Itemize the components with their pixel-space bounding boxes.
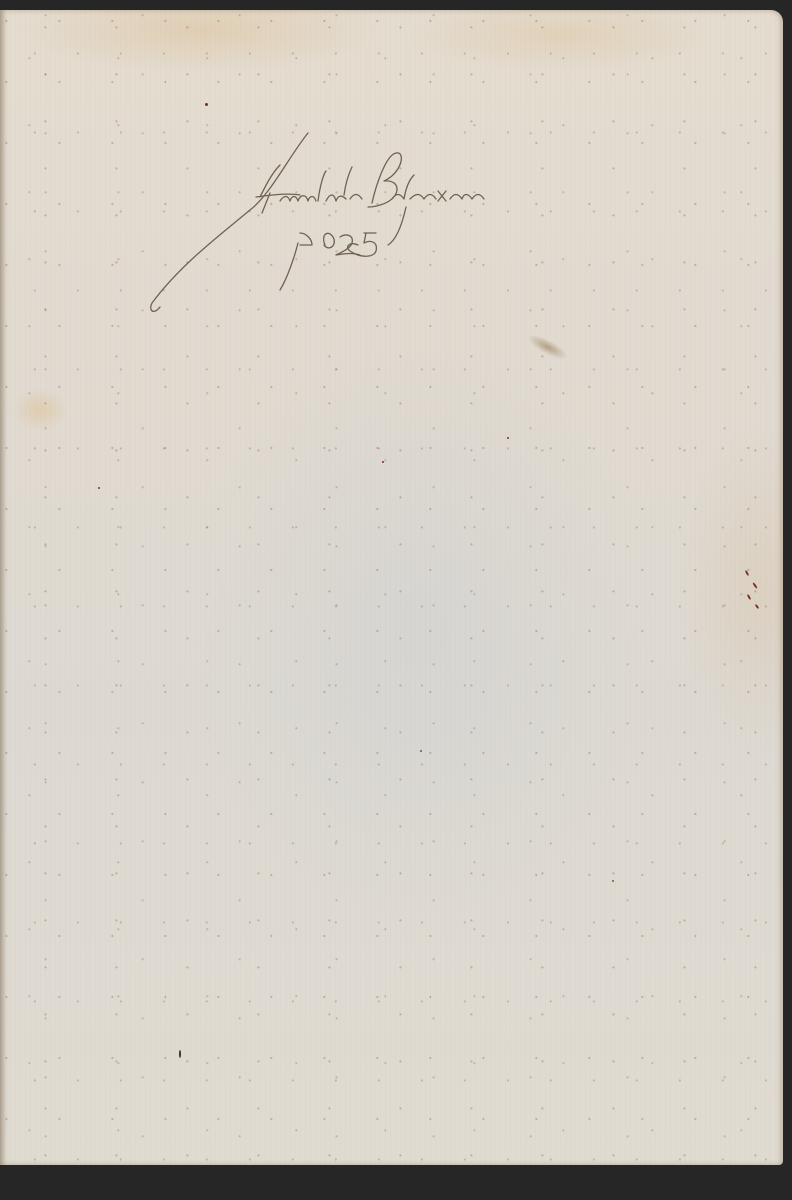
red-fleck — [745, 570, 750, 576]
signature-strokes-icon — [140, 115, 500, 325]
ink-speck — [612, 880, 614, 882]
ink-speck — [382, 461, 384, 463]
red-fleck — [752, 582, 758, 589]
inscription-name: Arnaldo Borsello — [258, 171, 462, 199]
binding-edge-shadow — [0, 10, 6, 1165]
inscription-year: 1625 — [290, 230, 351, 258]
ink-speck — [179, 1050, 181, 1058]
red-fleck — [747, 594, 752, 600]
ink-speck — [98, 487, 100, 489]
ink-speck — [507, 437, 509, 439]
red-flecks-right-edge — [740, 560, 770, 620]
handwritten-inscription: Arnaldo Borsello 1625 — [140, 115, 500, 325]
red-fleck — [755, 604, 760, 609]
scanned-page: Arnaldo Borsello 1625 — [0, 0, 792, 1200]
ink-speck — [420, 750, 422, 752]
ink-speck — [205, 103, 208, 106]
